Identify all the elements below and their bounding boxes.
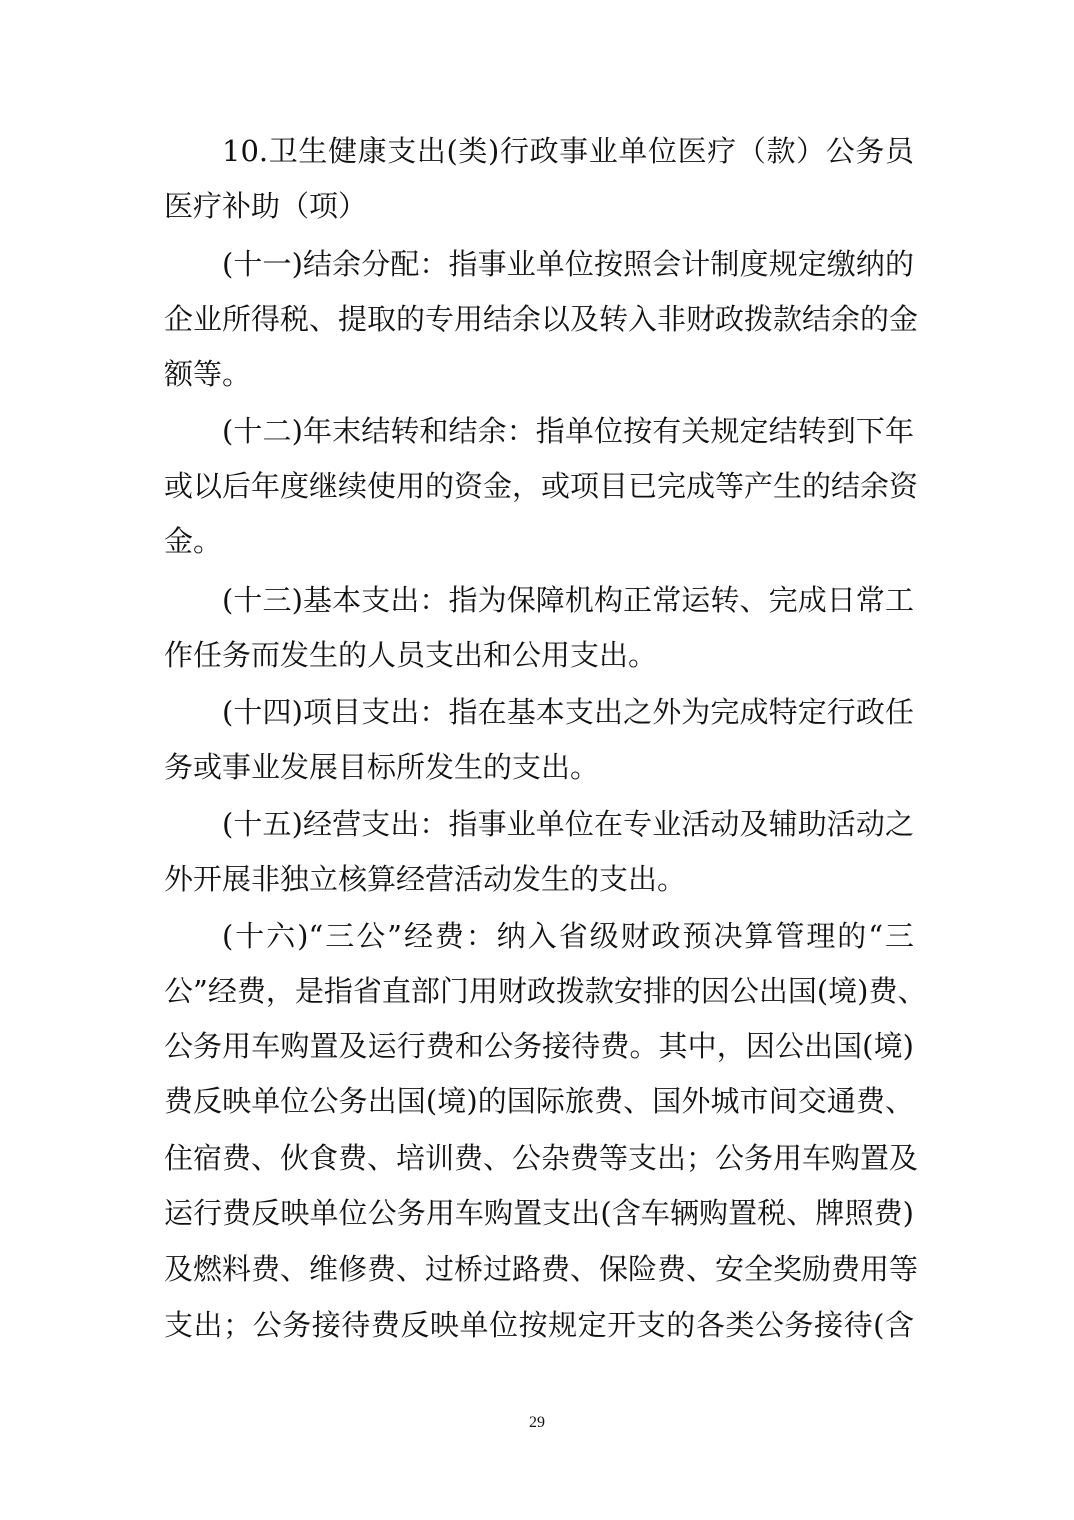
definition-16-line-4: 费反映单位公务出国(境)的国际旅费、国外城市间交通费、 <box>164 1081 914 1121</box>
definition-16-line-3: 公务用车购置及运行费和公务接待费。其中，因公出国(境) <box>164 1026 914 1066</box>
item-10-line-1: 10.卫生健康支出(类)行政事业单位医疗（款）公务员 <box>222 131 914 171</box>
definition-12-line-3: 金。 <box>164 521 914 561</box>
definition-15-line-2: 外开展非独立核算经营活动发生的支出。 <box>164 859 914 899</box>
page-number: 29 <box>0 1414 1074 1432</box>
definition-16-line-5: 住宿费、伙食费、培训费、公杂费等支出；公务用车购置及 <box>164 1138 914 1178</box>
definition-11-line-3: 额等。 <box>164 354 914 394</box>
definition-16-line-1: (十六)“三公”经费：纳入省级财政预决算管理的“三 <box>222 916 914 956</box>
definition-14-line-1: (十四)项目支出：指在基本支出之外为完成特定行政任 <box>222 692 914 732</box>
definition-16-line-6: 运行费反映单位公务用车购置支出(含车辆购置税、牌照费) <box>164 1193 914 1233</box>
definition-16-line-2: 公”经费，是指省直部门用财政拨款安排的因公出国(境)费、 <box>164 971 914 1011</box>
definition-14-line-2: 务或事业发展目标所发生的支出。 <box>164 747 914 787</box>
definition-15-line-1: (十五)经营支出：指事业单位在专业活动及辅助活动之 <box>222 804 914 844</box>
definition-12-line-2: 或以后年度继续使用的资金，或项目已完成等产生的结余资 <box>164 466 914 506</box>
document-page: 10.卫生健康支出(类)行政事业单位医疗（款）公务员 医疗补助（项） (十一)结… <box>0 0 1074 1520</box>
definition-13-line-1: (十三)基本支出：指为保障机构正常运转、完成日常工 <box>222 580 914 620</box>
definition-16-line-7: 及燃料费、维修费、过桥过路费、保险费、安全奖励费用等 <box>164 1249 914 1289</box>
definition-11-line-1: (十一)结余分配：指事业单位按照会计制度规定缴纳的 <box>222 244 914 284</box>
definition-13-line-2: 作任务而发生的人员支出和公用支出。 <box>164 635 914 675</box>
definition-12-line-1: (十二)年末结转和结余：指单位按有关规定结转到下年 <box>222 411 914 451</box>
definition-16-line-8: 支出；公务接待费反映单位按规定开支的各类公务接待(含 <box>164 1305 914 1345</box>
definition-11-line-2: 企业所得税、提取的专用结余以及转入非财政拨款结余的金 <box>164 299 914 339</box>
item-10-line-2: 医疗补助（项） <box>164 186 914 226</box>
